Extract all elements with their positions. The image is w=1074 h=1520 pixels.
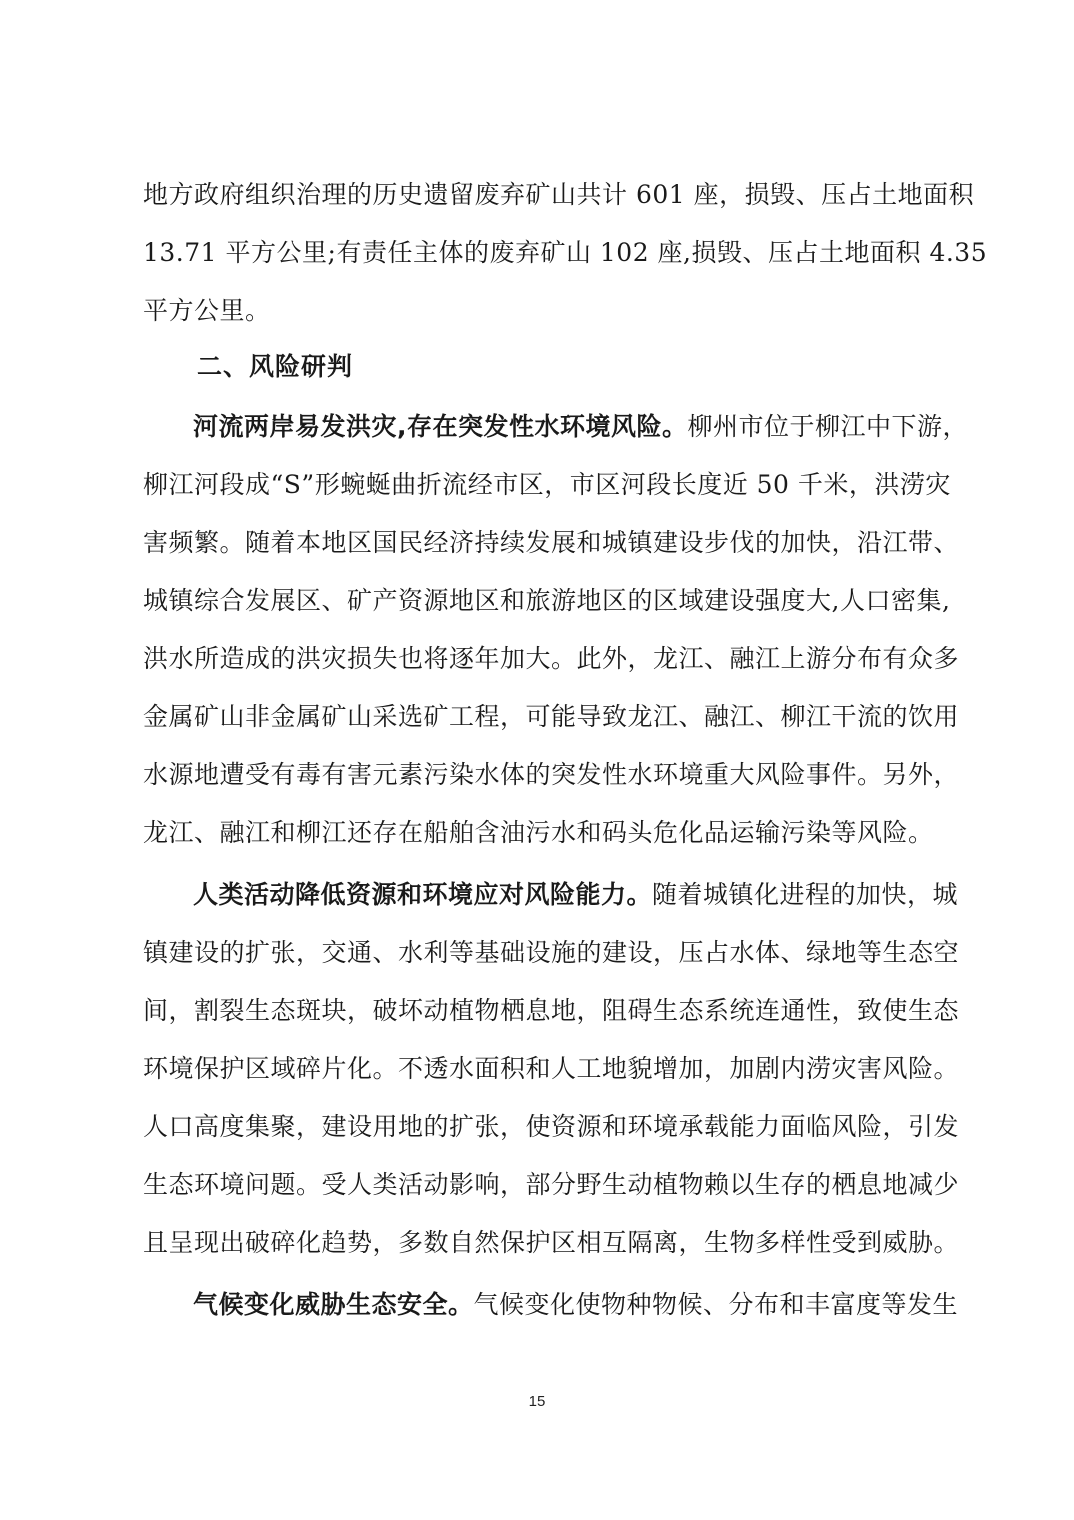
page-number: 15 bbox=[0, 1393, 1074, 1410]
body-text-line: 水源地遭受有毒有害元素污染水体的突发性水环境重大风险事件。另外， bbox=[143, 760, 943, 790]
body-text-line: 镇建设的扩张，交通、水利等基础设施的建设，压占水体、绿地等生态空 bbox=[143, 938, 943, 968]
body-text-line: 13.71 平方公里;有责任主体的废弃矿山 102 座,损毁、压占土地面积 4.… bbox=[143, 238, 943, 268]
body-text-line: 地方政府组织治理的历史遗留废弃矿山共计 601 座，损毁、压占土地面积 bbox=[143, 180, 943, 210]
paragraph-text: 随着城镇化进程的加快，城 bbox=[652, 880, 958, 909]
paragraph-bold-lead: 人类活动降低资源和环境应对风险能力。 bbox=[193, 880, 652, 909]
paragraph-bold-lead: 气候变化威胁生态安全。 bbox=[193, 1290, 474, 1319]
section-heading: 二、风险研判 bbox=[197, 352, 353, 382]
paragraph-first-line: 气候变化威胁生态安全。气候变化使物种物候、分布和丰富度等发生 bbox=[193, 1290, 943, 1320]
paragraph-text: 柳州市位于柳江中下游， bbox=[688, 412, 969, 441]
body-text-line: 害频繁。随着本地区国民经济持续发展和城镇建设步伐的加快，沿江带、 bbox=[143, 528, 943, 558]
body-text-line: 且呈现出破碎化趋势，多数自然保护区相互隔离，生物多样性受到威胁。 bbox=[143, 1228, 943, 1258]
body-text-line: 间，割裂生态斑块，破坏动植物栖息地，阻碍生态系统连通性，致使生态 bbox=[143, 996, 943, 1026]
document-page: 地方政府组织治理的历史遗留废弃矿山共计 601 座，损毁、压占土地面积 13.7… bbox=[0, 0, 1074, 1520]
body-text-line: 柳江河段成“S”形蜿蜒曲折流经市区，市区河段长度近 50 千米，洪涝灾 bbox=[143, 470, 943, 500]
paragraph-first-line: 河流两岸易发洪灾,存在突发性水环境风险。柳州市位于柳江中下游， bbox=[193, 412, 943, 442]
body-text-line: 人口高度集聚，建设用地的扩张，使资源和环境承载能力面临风险，引发 bbox=[143, 1112, 943, 1142]
paragraph-text: 气候变化使物种物候、分布和丰富度等发生 bbox=[474, 1290, 959, 1319]
body-text-line: 生态环境问题。受人类活动影响，部分野生动植物赖以生存的栖息地减少 bbox=[143, 1170, 943, 1200]
body-text-line: 金属矿山非金属矿山采选矿工程，可能导致龙江、融江、柳江干流的饮用 bbox=[143, 702, 943, 732]
paragraph-bold-lead: 河流两岸易发洪灾,存在突发性水环境风险。 bbox=[193, 412, 688, 441]
body-text-line: 城镇综合发展区、矿产资源地区和旅游地区的区域建设强度大,人口密集, bbox=[143, 586, 943, 616]
body-text-line: 龙江、融江和柳江还存在船舶含油污水和码头危化品运输污染等风险。 bbox=[143, 818, 943, 848]
paragraph-first-line: 人类活动降低资源和环境应对风险能力。随着城镇化进程的加快，城 bbox=[193, 880, 943, 910]
body-text-line: 平方公里。 bbox=[143, 296, 943, 326]
body-text-line: 洪水所造成的洪灾损失也将逐年加大。此外，龙江、融江上游分布有众多 bbox=[143, 644, 943, 674]
body-text-line: 环境保护区域碎片化。不透水面积和人工地貌增加，加剧内涝灾害风险。 bbox=[143, 1054, 943, 1084]
